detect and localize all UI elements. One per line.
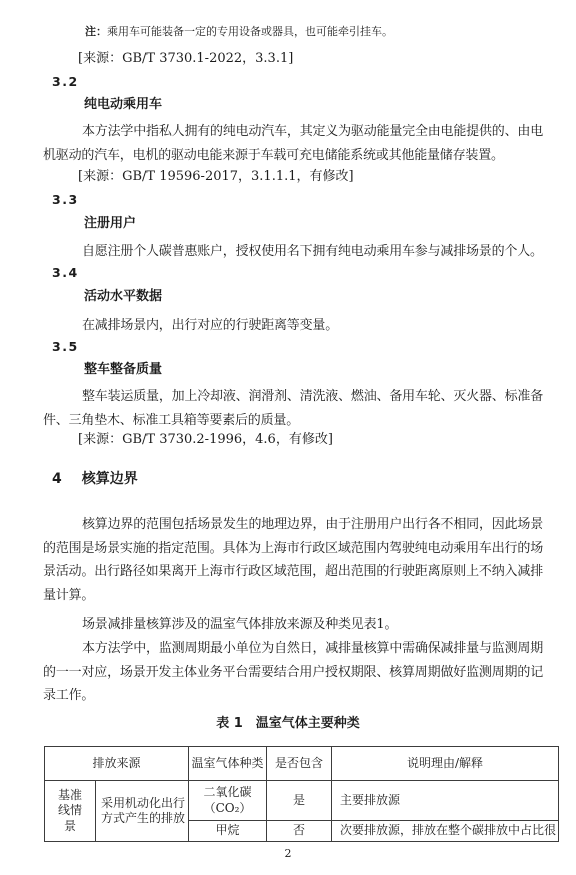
section-paragraph: 场景减排量核算涉及的温室气体排放来源及种类见表1。 (43, 613, 543, 637)
term-title: 活动水平数据 (84, 289, 162, 305)
table-row: 基准线情景 采用机动化出行方式产生的排放 二氧化碳（CO₂） 是 主要排放源 (45, 781, 559, 821)
section-paragraph: 本方法学中，监测周期最小单位为自然日，减排量核算中需确保减排量与监测周期的一一对… (43, 637, 543, 708)
source-reference: [来源：GB/T 3730.1-2022，3.3.1] (78, 51, 293, 67)
section-number: 4 (52, 471, 62, 487)
header-emission-source: 排放来源 (45, 747, 189, 781)
section-paragraph: 核算边界的范围包括场景发生的地理边界，由于注册用户出行各不相同，因此场景的范围是… (43, 513, 543, 607)
term-title: 纯电动乘用车 (84, 97, 162, 113)
table-header-row: 排放来源 温室气体种类 是否包含 说明理由/解释 (45, 747, 559, 781)
clause-number: 3.4 (52, 265, 79, 280)
source-reference: [来源：GB/T 19596-2017，3.1.1.1，有修改] (78, 169, 354, 185)
term-definition: 本方法学中指私人拥有的纯电动汽车，其定义为驱动能量完全由电能提供的、由电机驱动的… (43, 120, 543, 167)
term-title: 整车整备质量 (84, 362, 162, 378)
clause-number: 3.5 (52, 339, 79, 354)
cell-gas: 二氧化碳（CO₂） (189, 781, 267, 821)
cell-reason: 次要排放源，排放在整个碳排放中占比很 (332, 821, 559, 842)
note-text: 乘用车可能装备一定的专用设备或器具，也可能牵引挂车。 (107, 25, 393, 38)
term-definition: 自愿注册个人碳普惠账户，授权使用名下拥有纯电动乘用车参与减排场景的个人。 (43, 240, 543, 264)
cell-emission-source: 采用机动化出行方式产生的排放 (96, 781, 189, 842)
note-prefix: 注： (85, 25, 107, 38)
table-caption: 表 1 温室气体主要种类 (0, 716, 576, 732)
term-definition: 整车装运质量，加上冷却液、润滑剂、清洗液、燃油、备用车轮、灭火器、标准备件、三角… (43, 385, 543, 432)
source-reference: [来源：GB/T 3730.2-1996，4.6，有修改] (78, 432, 333, 448)
note: 注：乘用车可能装备一定的专用设备或器具，也可能牵引挂车。 (85, 25, 393, 39)
cell-gas: 甲烷 (189, 821, 267, 842)
section-title: 核算边界 (82, 471, 138, 487)
clause-number: 3.2 (52, 74, 79, 89)
document-page: 注：乘用车可能装备一定的专用设备或器具，也可能牵引挂车。 [来源：GB/T 37… (0, 0, 576, 875)
cell-included: 是 (267, 781, 332, 821)
cell-baseline-scenario: 基准线情景 (45, 781, 96, 842)
cell-reason: 主要排放源 (332, 781, 559, 821)
clause-number: 3.3 (52, 192, 79, 207)
section-heading: 4核算边界 (52, 471, 138, 488)
cell-included: 否 (267, 821, 332, 842)
term-definition: 在减排场景内，出行对应的行驶距离等变量。 (43, 314, 543, 338)
header-reason: 说明理由/解释 (332, 747, 559, 781)
header-included: 是否包含 (267, 747, 332, 781)
header-ghg-type: 温室气体种类 (189, 747, 267, 781)
page-number: 2 (0, 847, 576, 860)
term-title: 注册用户 (84, 216, 136, 232)
ghg-table: 排放来源 温室气体种类 是否包含 说明理由/解释 基准线情景 采用机动化出行方式… (44, 746, 559, 842)
